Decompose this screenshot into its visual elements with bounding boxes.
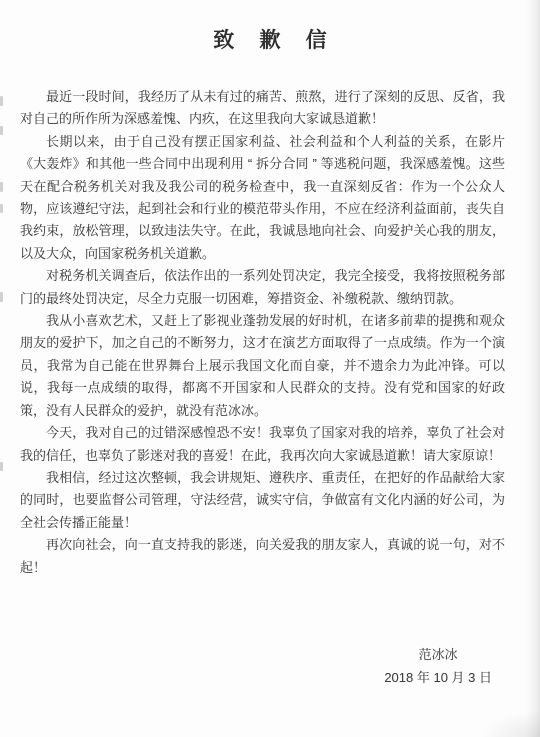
scanned-letter-page: 致歉信 最近一段时间，我经历了从未有过的痛苦、煎熬，进行了深刻的反思、反省，我对… [0, 0, 540, 737]
paragraph-1: 最近一段时间，我经历了从未有过的痛苦、煎熬，进行了深刻的反思、反省，我对自己的所… [20, 86, 505, 131]
scan-corner-smudge [480, 711, 540, 737]
signature-name: 范冰冰 [384, 643, 492, 666]
paragraph-6: 我相信，经过这次整顿，我会讲规矩、遵秩序、重责任，在把好的作品献给大家的同时，也… [20, 467, 505, 534]
paragraph-7: 再次向社会，向一直支持我的影迷，向关爱我的朋友家人，真诚的说一句，对不起！ [20, 534, 505, 579]
letter-body: 最近一段时间，我经历了从未有过的痛苦、煎熬，进行了深刻的反思、反省，我对自己的所… [0, 86, 540, 579]
letter-title: 致歉信 [0, 0, 540, 54]
paragraph-3: 对税务机关调查后，依法作出的一系列处罚决定，我完全接受，我将按照税务部门的最终处… [20, 265, 505, 310]
paragraph-4: 我从小喜欢艺术，又赶上了影视业蓬勃发展的好时机，在诸多前辈的提携和观众朋友的爱护… [20, 310, 505, 422]
paragraph-2: 长期以来，由于自己没有摆正国家利益、社会利益和个人利益的关系，在影片《大轰炸》和… [20, 131, 505, 265]
signature-block: 范冰冰 2018 年 10 月 3 日 [0, 643, 540, 689]
signature-date: 2018 年 10 月 3 日 [384, 666, 492, 689]
paragraph-5: 今天，我对自己的过错深感惶恐不安！我辜负了国家对我的培养，辜负了社会对我的信任，… [20, 422, 505, 467]
